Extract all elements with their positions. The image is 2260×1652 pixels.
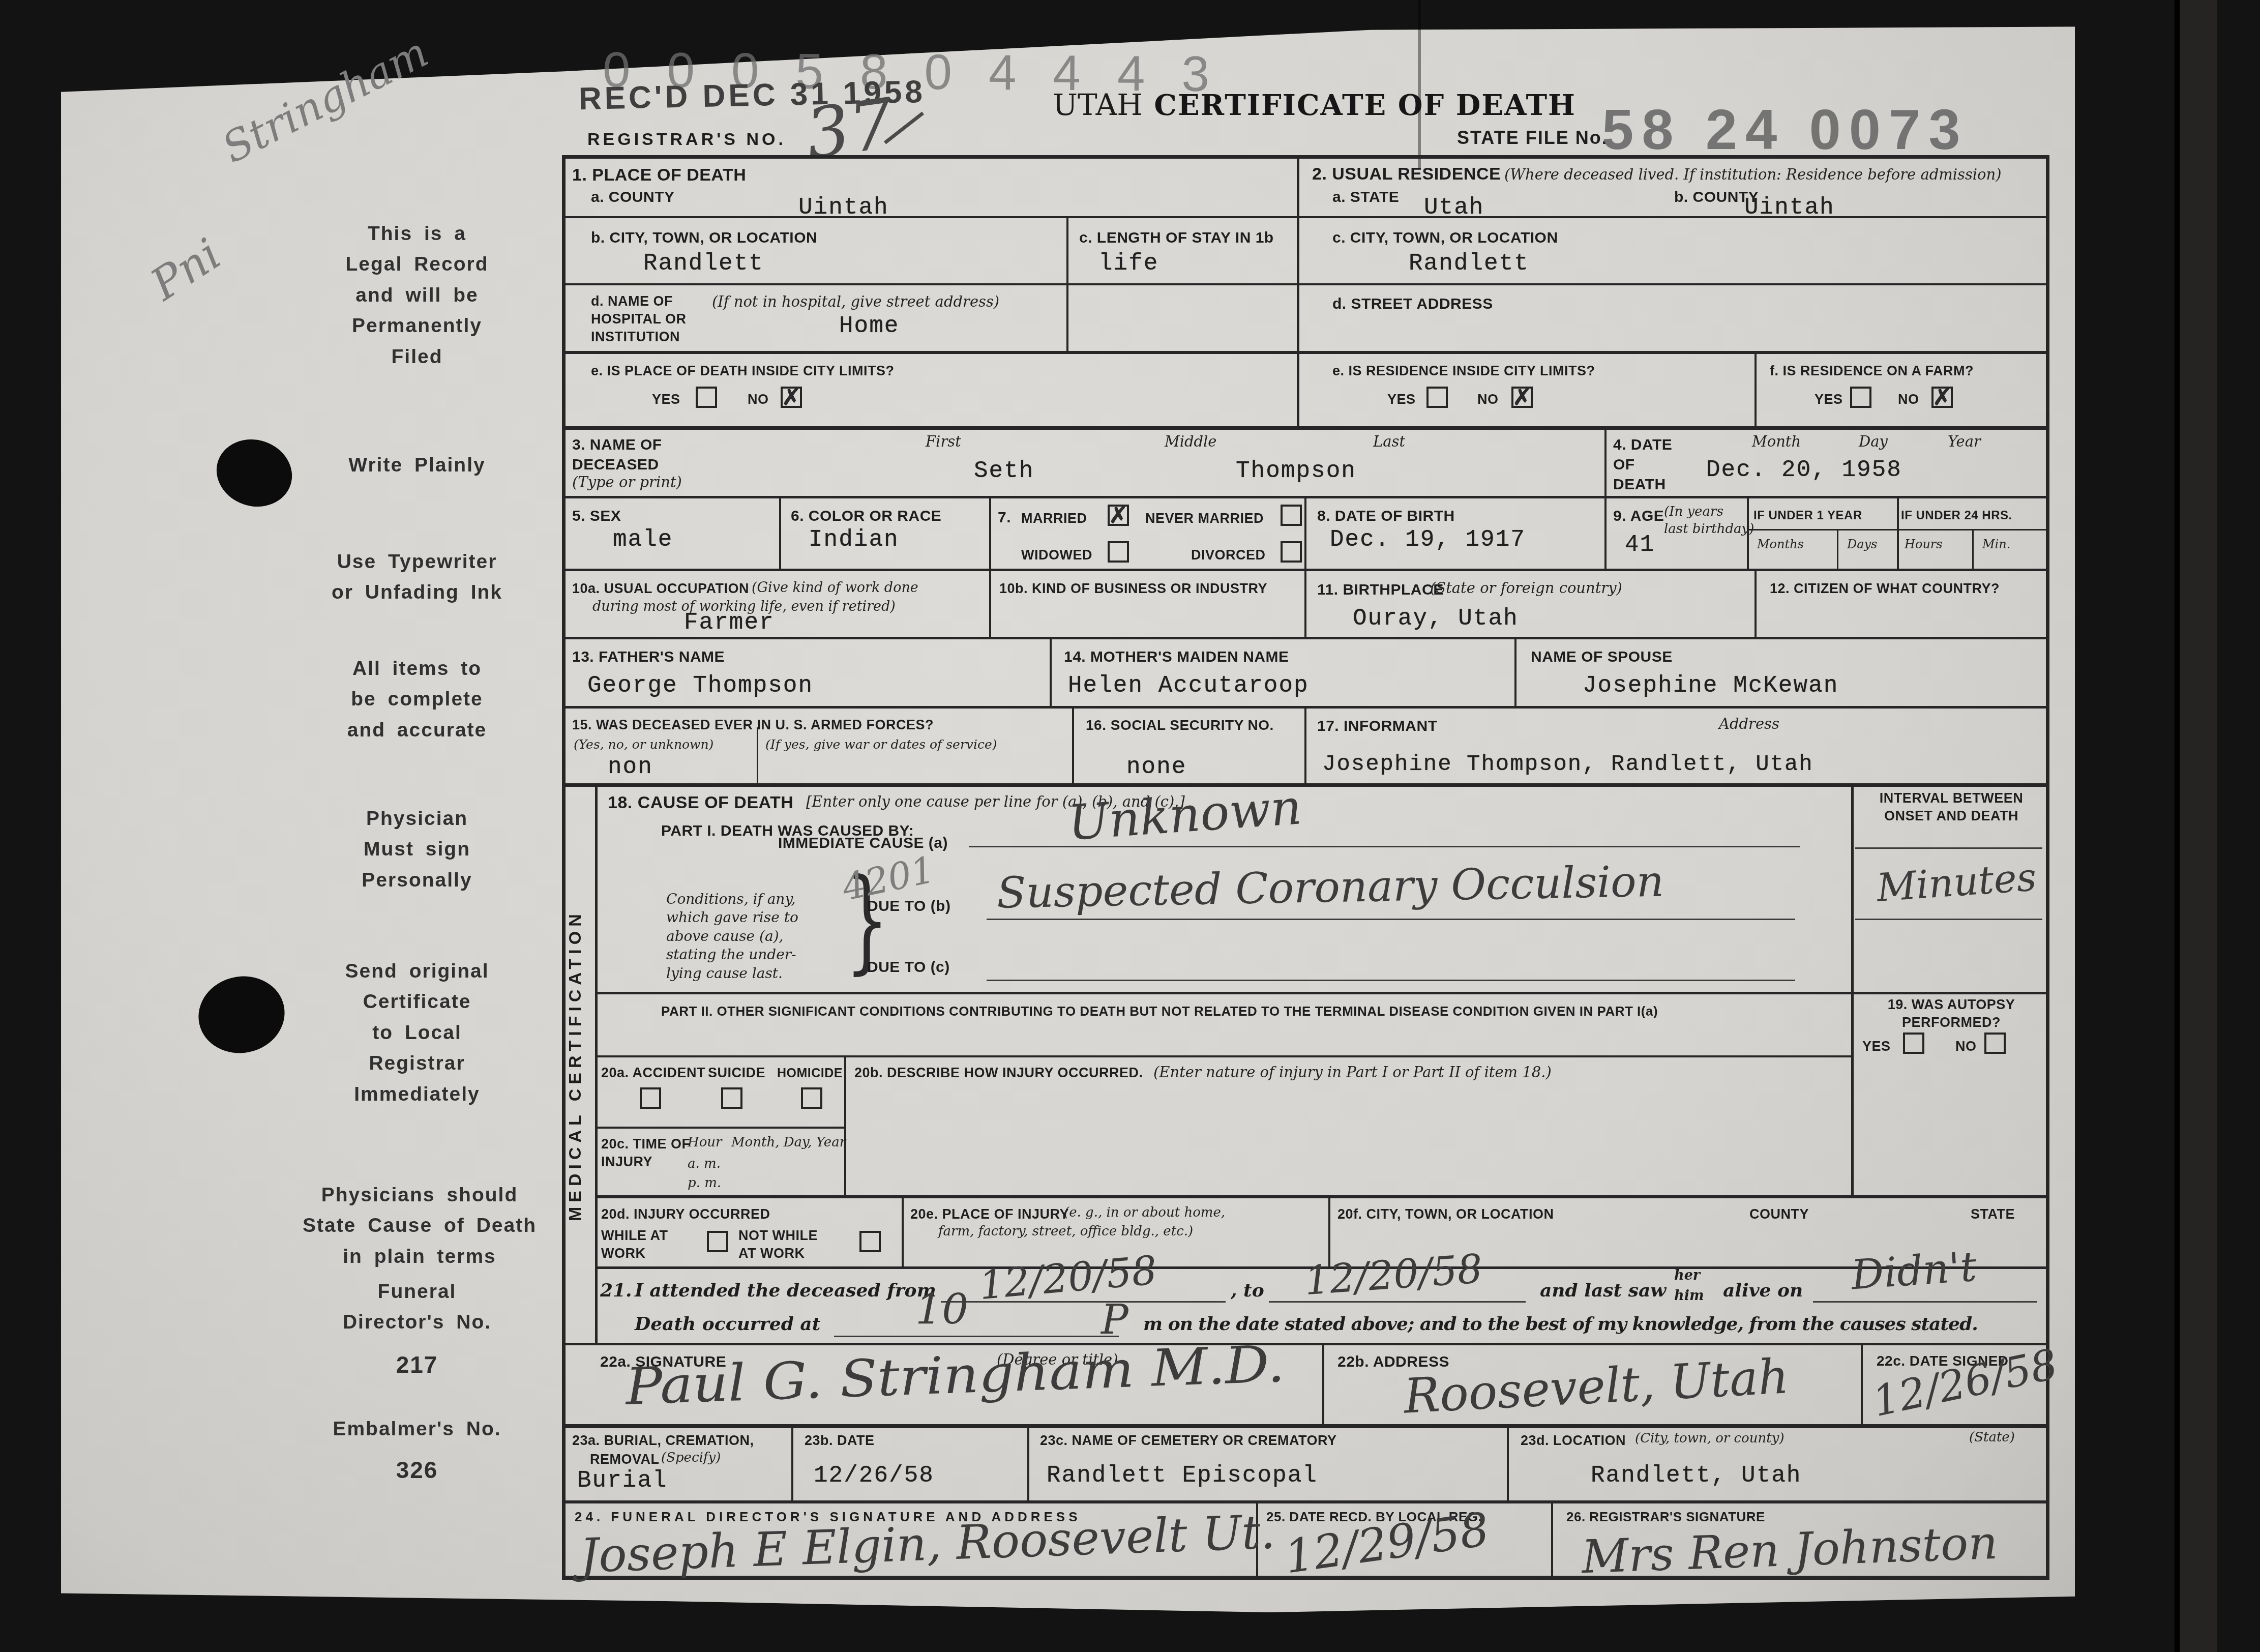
grid-line: [1304, 569, 1306, 637]
grid-line: [562, 283, 2049, 285]
accident-label: 20a. ACCIDENT: [601, 1064, 705, 1082]
death-hour-value: 10: [915, 1286, 968, 1334]
business-industry-label: 10b. KIND OF BUSINESS OR INDUSTRY: [999, 580, 1267, 598]
middle-name-header: Middle: [1165, 432, 1217, 452]
residence-city-label: c. CITY, TOWN, OR LOCATION: [1332, 228, 1558, 248]
hour-header: Hour: [688, 1134, 722, 1152]
residence-city-limits-yes-checkbox[interactable]: [1426, 387, 1448, 408]
check-mark: ✗: [1513, 385, 1532, 410]
fathers-name-label: 13. FATHER'S NAME: [572, 647, 725, 667]
cemetery-value: Randlett Episcopal: [1047, 1462, 1318, 1489]
last-saw-text: and last saw: [1540, 1280, 1666, 1301]
usual-occupation-value: Farmer: [684, 609, 775, 636]
am-label: a. m.: [688, 1156, 721, 1173]
age-note: (In years last birthday): [1664, 504, 1754, 538]
homicide-label: HOMICIDE: [777, 1065, 843, 1082]
margin-note-write-plainly: Write Plainly: [290, 450, 544, 481]
death-city-value: Randlett: [643, 250, 764, 277]
state-file-no-value: 58 24 0073: [1602, 97, 1969, 162]
death-county-value: Uintah: [798, 194, 889, 221]
while-at-work-label: WHILE AT WORK: [601, 1227, 668, 1262]
grid-line: [595, 992, 2046, 994]
place-of-injury-label: 20e. PLACE OF INJURY: [910, 1205, 1069, 1223]
describe-injury-note: (Enter nature of injury in Part I or Par…: [1153, 1063, 1552, 1082]
due-to-c-label: DUE TO (c): [867, 957, 950, 977]
last-name-header: Last: [1373, 432, 1405, 452]
grid-line: [1851, 783, 1854, 1195]
funeral-director-no-value: 217: [290, 1347, 544, 1383]
date-of-death-label: 4. DATE OF DEATH: [1613, 435, 1672, 494]
grid-line: [1755, 351, 1757, 426]
burial-cremation-label: 23a. BURIAL, CREMATION,: [572, 1432, 754, 1450]
residence-state-label: a. STATE: [1332, 187, 1399, 207]
grid-line: [1027, 1424, 1029, 1500]
year-header: Year: [1948, 432, 1981, 452]
grid-line: [1050, 637, 1052, 706]
burial-location-note: (City, town, or county): [1635, 1430, 1785, 1448]
certificate-title: UTAH CERTIFICATE OF DEATH: [1053, 87, 1576, 122]
death-city-limits-no-checkbox[interactable]: ✗: [781, 387, 802, 408]
to-text: , to: [1231, 1280, 1264, 1301]
informant-value: Josephine Thompson, Randlett, Utah: [1322, 752, 1813, 777]
not-while-at-work-checkbox[interactable]: [859, 1231, 881, 1252]
specify-note: (Specify): [661, 1450, 721, 1467]
injury-state-label: STATE: [1971, 1205, 2015, 1223]
grid-line: [1322, 1343, 1324, 1424]
grid-line: [562, 155, 2049, 159]
grid-line: [989, 496, 991, 569]
write-line: [834, 1336, 1119, 1337]
length-of-stay-value: life: [1098, 250, 1158, 277]
registrars-no-label: REGISTRAR'S NO.: [587, 128, 786, 151]
while-at-work-checkbox[interactable]: [707, 1231, 728, 1252]
injury-county-label: COUNTY: [1749, 1205, 1809, 1223]
length-of-stay-label: c. LENGTH OF STAY IN 1b: [1079, 228, 1274, 248]
age-value: 41: [1625, 532, 1655, 558]
hospital-name-label: d. NAME OF HOSPITAL OR INSTITUTION: [591, 292, 687, 346]
attended-item-number: 21.: [600, 1280, 632, 1301]
embalmer-no-value: 326: [290, 1452, 544, 1488]
place-of-death-title: 1. PLACE OF DEATH: [572, 164, 746, 186]
title-state: UTAH: [1053, 87, 1143, 122]
grid-line: [1837, 529, 1838, 569]
suicide-label: SUICIDE: [708, 1064, 765, 1082]
grid-line: [562, 1500, 2049, 1503]
sex-value: male: [613, 526, 673, 553]
residence-farm-label: f. IS RESIDENCE ON A FARM?: [1770, 362, 1974, 380]
divorced-label: DIVORCED: [1191, 546, 1266, 564]
date-of-death-value: Dec. 20, 1958: [1706, 457, 1902, 483]
medical-certification-strip: MEDICAL CERTIFICATION: [566, 793, 594, 1338]
check-mark: ✗: [1109, 503, 1128, 528]
street-address-label: d. STREET ADDRESS: [1332, 294, 1493, 314]
grid-line: [1072, 706, 1074, 783]
married-label: MARRIED: [1021, 510, 1087, 527]
residence-city-value: Randlett: [1409, 250, 1529, 277]
grid-line: [562, 155, 566, 1579]
last-alive-value: Didn't: [1850, 1243, 1978, 1299]
margin-note-complete: All items to be complete and accurate: [290, 654, 544, 746]
grid-line: [1747, 529, 2046, 530]
if-under-24-hrs-label: IF UNDER 24 HRS.: [1901, 508, 2012, 523]
social-security-value: none: [1126, 754, 1186, 780]
her-text: her: [1674, 1267, 1700, 1283]
residence-state-value: Utah: [1424, 194, 1484, 221]
accident-checkbox[interactable]: [640, 1087, 661, 1109]
scan-right-crease: [2175, 0, 2180, 1652]
never-married-label: NEVER MARRIED: [1145, 510, 1264, 527]
grid-line: [1861, 1343, 1863, 1424]
scanned-death-certificate: Stringham Pni This is a Legal Record and…: [0, 0, 2260, 1652]
death-city-limits-label: e. IS PLACE OF DEATH INSIDE CITY LIMITS?: [591, 362, 895, 380]
burial-location-value: Randlett, Utah: [1591, 1462, 1801, 1489]
citizen-label: 12. CITIZEN OF WHAT COUNTRY?: [1770, 580, 2000, 598]
armed-forces-label: 15. WAS DECEASED EVER IN U. S. ARMED FOR…: [572, 716, 934, 734]
birthplace-label: 11. BIRTHPLACE: [1317, 580, 1444, 600]
burial-state-note: (State): [1969, 1429, 2015, 1447]
scan-right-band: [2180, 0, 2217, 1652]
grid-line: [902, 1195, 904, 1266]
not-while-at-work-label: NOT WHILE AT WORK: [738, 1227, 818, 1262]
days-header: Days: [1847, 537, 1877, 552]
color-or-race-value: Indian: [809, 526, 899, 553]
grid-line: [595, 1127, 845, 1129]
grid-line: [595, 1055, 1851, 1057]
grid-line: [757, 727, 758, 783]
death-occurred-text: Death occurred at: [635, 1313, 820, 1335]
grid-line: [989, 569, 991, 637]
part2-label: PART II. OTHER SIGNIFICANT CONDITIONS CO…: [661, 1003, 1658, 1020]
name-of-spouse-label: NAME OF SPOUSE: [1531, 647, 1673, 667]
armed-forces-value: non: [608, 754, 653, 780]
usual-residence-title: 2. USUAL RESIDENCE: [1312, 163, 1501, 185]
grid-line: [1328, 1195, 1330, 1266]
homicide-checkbox[interactable]: [801, 1087, 822, 1109]
grid-line: [1304, 706, 1306, 783]
yes-label: YES: [1387, 391, 1416, 408]
residence-city-limits-label: e. IS RESIDENCE INSIDE CITY LIMITS?: [1332, 362, 1595, 380]
burial-date-label: 23b. DATE: [805, 1432, 875, 1450]
injury-occurred-label: 20d. INJURY OCCURRED: [601, 1205, 770, 1223]
autopsy-label: 19. WAS AUTOPSY PERFORMED?: [1867, 996, 2035, 1031]
burial-value: Burial: [577, 1467, 668, 1494]
widowed-checkbox[interactable]: [1108, 541, 1129, 563]
margin-note-plain-terms: Physicians should State Cause of Death i…: [277, 1180, 562, 1272]
grid-line: [1604, 496, 1607, 569]
fathers-name-value: George Thompson: [587, 672, 813, 699]
grid-line: [562, 1424, 2049, 1428]
grid-line: [779, 496, 781, 569]
grid-line: [595, 1195, 2046, 1198]
him-text: him: [1674, 1288, 1704, 1304]
yes-label: YES: [652, 391, 680, 408]
months-header: Months: [1757, 537, 1804, 552]
embalmer-no-label: Embalmer's No.: [290, 1414, 544, 1444]
divorced-checkbox[interactable]: [1281, 541, 1302, 563]
alive-on-text: alive on: [1723, 1280, 1803, 1301]
mothers-maiden-name-value: Helen Accutaroop: [1068, 672, 1309, 699]
date-of-birth-label: 8. DATE OF BIRTH: [1317, 506, 1455, 526]
write-line: [987, 919, 1795, 920]
social-security-label: 16. SOCIAL SECURITY NO.: [1086, 716, 1274, 734]
pm-label: p. m.: [688, 1175, 721, 1192]
deceased-last-name-value: Thompson: [1236, 458, 1356, 484]
grid-line: [1304, 496, 1306, 569]
grid-line: [791, 1424, 793, 1500]
no-label: NO: [1477, 391, 1499, 408]
death-city-limits-yes-checkbox[interactable]: [696, 387, 717, 408]
widowed-label: WIDOWED: [1021, 546, 1092, 564]
birthplace-note: (State or foreign country): [1430, 579, 1622, 598]
sex-label: 5. SEX: [572, 506, 621, 526]
death-county-label: a. COUNTY: [591, 187, 675, 207]
grid-line: [562, 637, 2049, 639]
grid-line: [1604, 426, 1607, 496]
no-label: NO: [748, 391, 769, 408]
usual-occupation-note1: (Give kind of work done: [752, 579, 918, 597]
grid-line: [1507, 1424, 1509, 1500]
state-file-no-label: STATE FILE No.: [1457, 126, 1608, 150]
name-of-spouse-value: Josephine McKewan: [1583, 672, 1838, 699]
deceased-first-name-value: Seth: [974, 458, 1034, 484]
grid-line: [1297, 155, 1299, 426]
grid-line: [562, 351, 2049, 354]
age-label: 9. AGE: [1613, 506, 1664, 526]
grid-line: [595, 783, 598, 1343]
describe-injury-label: 20b. DESCRIBE HOW INJURY OCCURRED.: [854, 1064, 1143, 1082]
cemetery-label: 23c. NAME OF CEMETERY OR CREMATORY: [1040, 1432, 1337, 1450]
residence-city-limits-no-checkbox[interactable]: ✗: [1511, 387, 1533, 408]
grid-line: [844, 1055, 846, 1195]
never-married-checkbox[interactable]: [1281, 505, 1302, 526]
first-name-header: First: [926, 432, 961, 452]
day-header: Day: [1859, 432, 1888, 452]
birthplace-value: Ouray, Utah: [1353, 605, 1519, 632]
interval-label: INTERVAL BETWEEN ONSET AND DEATH: [1867, 789, 2035, 825]
suicide-checkbox[interactable]: [721, 1087, 742, 1109]
residence-county-value: Uintah: [1744, 194, 1835, 221]
grid-line: [562, 783, 2049, 787]
grid-line: [1551, 1500, 1553, 1576]
mothers-maiden-name-label: 14. MOTHER'S MAIDEN NAME: [1064, 647, 1289, 667]
write-line: [1855, 847, 2042, 849]
no-label: NO: [1955, 1038, 1977, 1055]
min-header: Min.: [1982, 537, 2010, 552]
scan-crease: [1418, 0, 1421, 168]
usual-occupation-label: 10a. USUAL OCCUPATION: [572, 580, 749, 598]
time-of-injury-label: 20c. TIME OF INJURY: [601, 1135, 691, 1171]
residence-farm-no-checkbox[interactable]: ✗: [1931, 387, 1953, 408]
married-checkbox[interactable]: ✗: [1108, 505, 1129, 526]
injury-city-label: 20f. CITY, TOWN, OR LOCATION: [1337, 1205, 1554, 1223]
informant-address-header: Address: [1719, 715, 1779, 734]
if-under-1-year-label: IF UNDER 1 YEAR: [1753, 508, 1862, 523]
place-of-injury-note1: (e. g., in or about home,: [1064, 1204, 1225, 1222]
residence-farm-yes-checkbox[interactable]: [1850, 387, 1871, 408]
check-mark: ✗: [782, 385, 801, 410]
burial-date-value: 12/26/58: [814, 1462, 934, 1489]
conditions-note: Conditions, if any, which gave rise to a…: [666, 890, 798, 983]
autopsy-no-checkbox[interactable]: [1984, 1032, 2006, 1054]
hospital-name-note: (If not in hospital, give street address…: [712, 292, 999, 312]
grid-line: [562, 1343, 2049, 1345]
armed-forces-note1: (Yes, no, or unknown): [574, 736, 713, 753]
month-day-year-header: Month, Day, Year: [731, 1134, 846, 1152]
grid-line: [1514, 637, 1516, 706]
no-label: NO: [1898, 391, 1919, 408]
attended-text: I attended the deceased from: [635, 1280, 936, 1301]
write-line: [987, 980, 1795, 981]
funeral-director-no-label: Funeral Director's No.: [290, 1277, 544, 1338]
grid-line: [1755, 569, 1757, 637]
place-of-injury-note2: farm, factory, street, office bldg., etc…: [938, 1223, 1193, 1241]
burial-location-label: 23d. LOCATION: [1521, 1432, 1626, 1450]
hours-header: Hours: [1905, 537, 1943, 552]
death-city-label: b. CITY, TOWN, OR LOCATION: [591, 228, 817, 248]
margin-note-typewriter: Use Typewriter or Unfading Ink: [290, 547, 544, 608]
autopsy-yes-checkbox[interactable]: [1903, 1032, 1924, 1054]
grid-line: [1897, 496, 1899, 569]
month-header: Month: [1752, 432, 1801, 452]
write-line: [1855, 919, 2042, 920]
write-line: [1813, 1301, 2037, 1303]
yes-label: YES: [1815, 391, 1843, 408]
removal-label: REMOVAL: [590, 1451, 660, 1468]
margin-note-physician-sign: Physician Must sign Personally: [290, 804, 544, 896]
yes-label: YES: [1862, 1038, 1891, 1055]
grid-line: [562, 426, 2049, 430]
marital-item-number: 7.: [998, 508, 1011, 527]
grid-line: [1066, 216, 1068, 351]
title-main: CERTIFICATE OF DEATH: [1154, 88, 1576, 122]
hospital-name-value: Home: [839, 313, 899, 339]
registrar-signature-label: 26. REGISTRAR'S SIGNATURE: [1566, 1509, 1765, 1526]
date-of-birth-value: Dec. 19, 1917: [1330, 526, 1526, 553]
margin-note-send-original: Send original Certificate to Local Regis…: [290, 956, 544, 1110]
armed-forces-note2: (If yes, give war or dates of service): [765, 736, 997, 753]
name-of-deceased-label: 3. NAME OF DECEASED: [572, 435, 662, 475]
registrars-no-value: 37: [801, 83, 899, 174]
informant-label: 17. INFORMANT: [1317, 716, 1438, 736]
death-ampm-value: P: [1101, 1296, 1128, 1343]
check-mark: ✗: [1933, 385, 1952, 410]
usual-residence-note: (Where deceased lived. If institution: R…: [1504, 165, 2002, 185]
color-or-race-label: 6. COLOR OR RACE: [791, 506, 941, 526]
death-statement-tail: m on the date stated above; and to the b…: [1143, 1313, 1978, 1335]
cause-of-death-label: 18. CAUSE OF DEATH: [608, 791, 793, 814]
grid-line: [1972, 529, 1974, 569]
type-or-print-note: (Type or print): [572, 473, 682, 492]
margin-note-legal-record: This is a Legal Record and will be Perma…: [290, 219, 544, 372]
